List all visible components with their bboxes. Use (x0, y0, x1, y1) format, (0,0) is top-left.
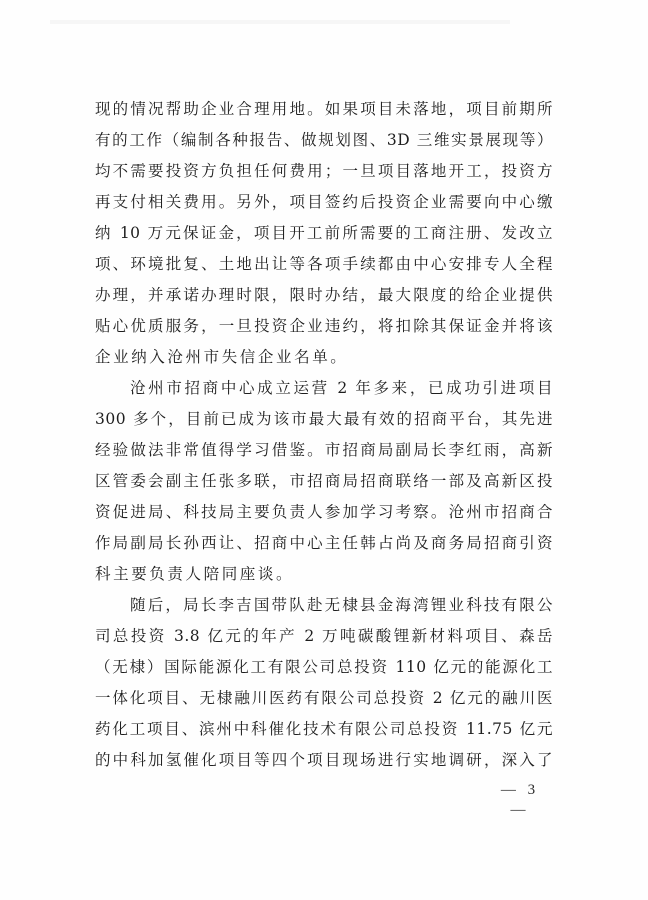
paragraph-1-line-3: 均不需要投资方负担任何费用；一旦项目落地开工，投资方 (95, 160, 553, 182)
scan-artifact (50, 20, 510, 24)
document-page: 现的情况帮助企业合理用地。如果项目未落地，项目前期所 有的工作（编制各种报告、做… (0, 0, 648, 900)
paragraph-2-line-5: 资促进局、科技局主要负责人参加学习考察。沧州市招商合 (95, 501, 553, 523)
paragraph-3-line-4: 一体化项目、无棣融川医药有限公司总投资 2 亿元的融川医 (95, 687, 553, 709)
paragraph-3-line-1: 随后，局长李吉国带队赴无棣县金海湾锂业科技有限公 (130, 594, 553, 616)
paragraph-2-line-7: 科主要负责人陪同座谈。 (95, 563, 553, 585)
paragraph-2-line-2: 300 多个，目前已成为该市最大最有效的招商平台，其先进 (95, 408, 553, 430)
paragraph-1-line-4: 再支付相关费用。另外，项目签约后投资企业需要向中心缴 (95, 191, 553, 213)
paragraph-1-line-7: 办理，并承诺办理时限，限时办结，最大限度的给企业提供 (95, 284, 553, 306)
paragraph-1-line-8: 贴心优质服务，一旦投资企业违约，将扣除其保证金并将该 (95, 315, 553, 337)
page-number: — 3 — (488, 780, 552, 800)
paragraph-2-line-6: 作局副局长孙西让、招商中心主任韩占尚及商务局招商引资 (95, 532, 553, 554)
paragraph-1-line-1: 现的情况帮助企业合理用地。如果项目未落地，项目前期所 (95, 98, 553, 120)
paragraph-3-line-6: 的中科加氢催化项目等四个项目现场进行实地调研，深入了 (95, 749, 553, 771)
paragraph-3-line-5: 药化工项目、滨州中科催化技术有限公司总投资 11.75 亿元 (95, 718, 553, 740)
paragraph-1-line-6: 项、环境批复、土地出让等各项手续都由中心安排专人全程 (95, 253, 553, 275)
paragraph-3-line-3: （无棣）国际能源化工有限公司总投资 110 亿元的能源化工 (95, 656, 553, 678)
paragraph-2-line-4: 区管委会副主任张多联，市招商局招商联络一部及高新区投 (95, 470, 553, 492)
paragraph-1-line-9: 企业纳入沧州市失信企业名单。 (95, 346, 553, 368)
paragraph-1-line-2: 有的工作（编制各种报告、做规划图、3D 三维实景展现等） (95, 129, 553, 151)
paragraph-2-line-1: 沧州市招商中心成立运营 2 年多来，已成功引进项目 (130, 377, 553, 399)
paragraph-1-line-5: 纳 10 万元保证金，项目开工前所需要的工商注册、发改立 (95, 222, 553, 244)
paragraph-2-line-3: 经验做法非常值得学习借鉴。市招商局副局长李红雨，高新 (95, 439, 553, 461)
paragraph-3-line-2: 司总投资 3.8 亿元的年产 2 万吨碳酸锂新材料项目、森岳 (95, 625, 553, 647)
